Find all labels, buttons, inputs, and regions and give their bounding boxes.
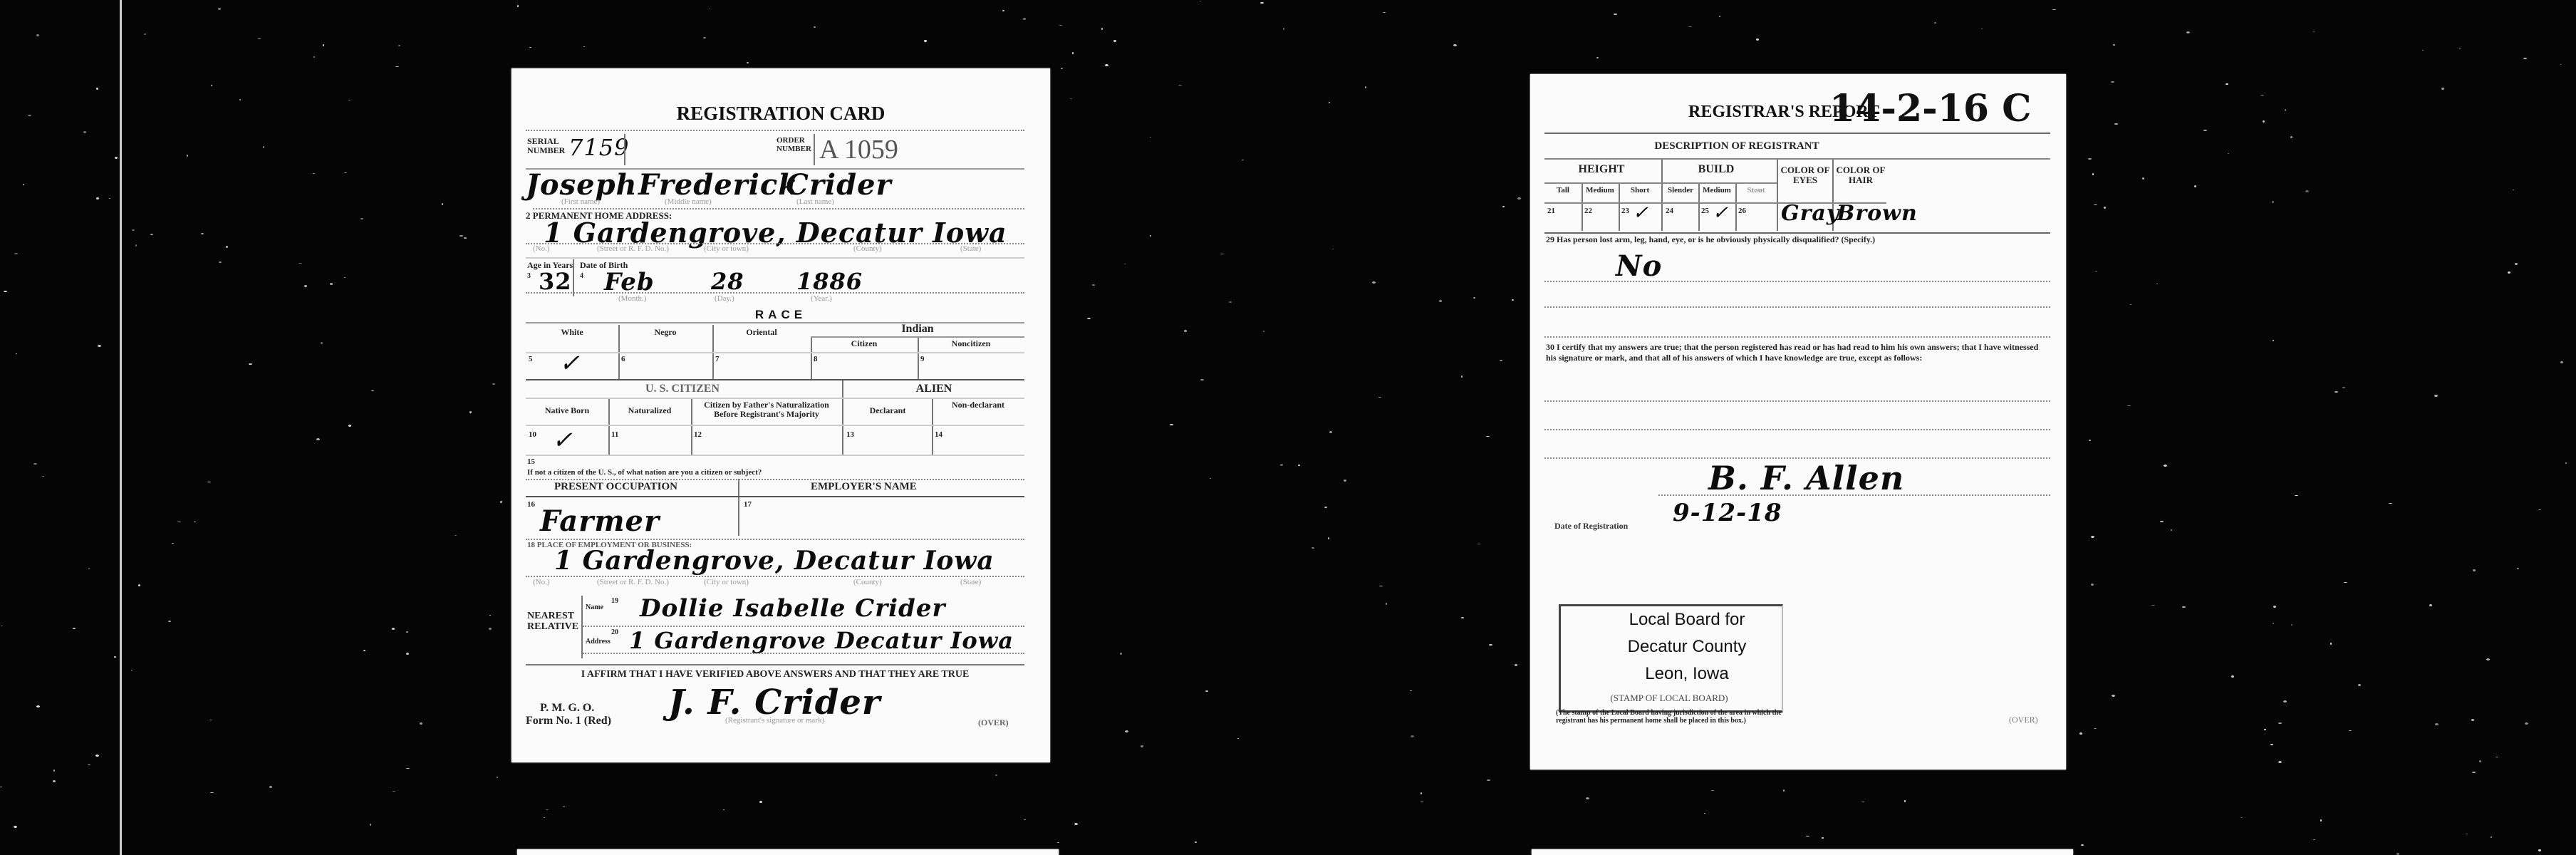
affirmation-text: I AFFIRM THAT I HAVE VERIFIED ABOVE ANSW… (526, 670, 1024, 680)
dust-speck (2114, 123, 2118, 125)
race-column-number: 8 (814, 355, 818, 363)
registrant-middle-name: Frederick (638, 168, 799, 202)
dust-speck (1329, 102, 1330, 103)
stamp-line-1: Local Board for (1573, 610, 1801, 630)
dust-speck (2127, 405, 2131, 406)
film-scratch-line (120, 0, 122, 855)
dust-speck (2278, 761, 2282, 763)
dust-speck (1379, 586, 1383, 586)
dust-speck (393, 791, 395, 792)
dust-speck (239, 99, 241, 100)
dust-speck (1229, 301, 1232, 303)
dust-speck (2472, 772, 2476, 773)
dob-day: 28 (711, 268, 744, 295)
dust-speck (1711, 790, 1714, 791)
dust-speck (459, 235, 463, 237)
citizenship-column-label: Naturalized (608, 406, 691, 415)
date-of-registration-label: Date of Registration (1554, 522, 1628, 531)
dust-speck (2081, 844, 2084, 846)
dust-speck (455, 535, 457, 536)
dust-speck (96, 88, 98, 90)
citizenship-column-number: 11 (611, 430, 618, 439)
stamp-caption: (STAMP OF LOCAL BOARD) (1559, 693, 1780, 704)
race-column-label: Negro (618, 328, 712, 337)
dust-speck (2473, 569, 2476, 571)
divider (526, 257, 1024, 259)
dust-speck (2079, 732, 2082, 735)
divider (1698, 184, 1700, 231)
eye-color-heading: COLOR OF EYES (1778, 165, 1832, 185)
dust-speck (298, 263, 302, 264)
dust-speck (1489, 644, 1492, 646)
dust-speck (2260, 95, 2264, 95)
dust-speck (370, 824, 371, 826)
dust-speck (0, 787, 2, 787)
dust-speck (348, 425, 351, 427)
citizenship-column-number: 10 (529, 430, 536, 439)
description-column-label: Short (1619, 187, 1661, 195)
address-caption: (State) (960, 579, 981, 587)
divider (691, 398, 692, 455)
address-caption: (Street or R. F. D. No.) (597, 579, 669, 587)
order-number-value: A 1059 (819, 134, 898, 165)
dust-speck (500, 501, 502, 503)
dust-speck (16, 353, 17, 354)
address-caption: (County) (853, 579, 882, 587)
dust-speck (1704, 813, 1705, 814)
dust-speck (2273, 340, 2274, 341)
address-caption: (No.) (533, 579, 550, 587)
serial-number-value: 7159 (568, 134, 629, 161)
dust-speck (563, 806, 565, 807)
dust-speck (323, 44, 324, 46)
divider (1544, 158, 2050, 160)
dust-speck (1981, 28, 1983, 29)
back-over-label: (OVER) (2009, 715, 2038, 725)
divider (1544, 306, 2050, 308)
dust-speck (36, 705, 40, 708)
citizenship-column-number: 13 (846, 430, 854, 439)
dust-speck (2094, 204, 2097, 205)
dust-speck (1487, 779, 1490, 781)
citizenship-column-label: Declarant (843, 406, 932, 415)
divider (526, 496, 1024, 497)
dust-speck (194, 522, 196, 522)
build-heading: BUILD (1663, 164, 1770, 176)
dust-speck (144, 33, 146, 35)
dust-speck (2186, 31, 2190, 33)
address-caption: (City or town) (704, 245, 749, 254)
dust-speck (313, 173, 315, 174)
divider (533, 208, 1024, 209)
place-of-employment-value: 1 Gardengrove, Decatur Iowa (554, 546, 994, 576)
dust-speck (1421, 792, 1422, 794)
dust-speck (207, 482, 211, 482)
dust-speck (2264, 729, 2266, 730)
dust-speck (2422, 50, 2424, 51)
dust-speck (1092, 284, 1095, 286)
dust-speck (258, 38, 261, 39)
divider (932, 398, 933, 455)
dust-speck (1087, 318, 1091, 319)
dust-speck (1502, 206, 1505, 207)
dust-speck (14, 253, 18, 254)
citizenship-column-label: Citizen by Father's Naturalization Befor… (691, 400, 842, 418)
dust-speck (2142, 177, 2144, 180)
dust-speck (2272, 201, 2274, 203)
next-frame-edge-right (1532, 849, 2073, 855)
form-line-pmgo: P. M. G. O. (540, 703, 594, 715)
dust-speck (1059, 25, 1062, 26)
dust-speck (1372, 281, 1376, 284)
front-over-label: (OVER) (978, 718, 1009, 727)
dust-speck (583, 46, 585, 47)
dust-speck (73, 628, 76, 629)
dust-speck (135, 244, 137, 247)
description-column-number: 25 (1701, 207, 1709, 215)
dust-speck (1719, 16, 1720, 17)
form-number: Form No. 1 (Red) (526, 715, 611, 727)
divider (1544, 133, 2050, 134)
dust-speck (114, 656, 116, 658)
dust-speck (2334, 391, 2338, 393)
dust-speck (201, 233, 204, 234)
dust-speck (1332, 249, 1334, 249)
dust-speck (2130, 304, 2131, 305)
dust-speck (529, 47, 531, 48)
dust-speck (2089, 440, 2091, 441)
divider (624, 134, 625, 165)
dust-speck (1439, 300, 1442, 302)
registration-card-back: REGISTRAR'S REPORT 14-2-16 C DESCRIPTION… (1530, 74, 2066, 769)
address-caption: (City or town) (704, 579, 749, 587)
description-column-number: 24 (1666, 207, 1673, 215)
divider (1582, 184, 1583, 231)
dust-speck (321, 342, 323, 344)
divider (526, 398, 1024, 399)
description-heading: DESCRIPTION OF REGISTRANT (1587, 141, 1886, 152)
description-column-label: Slender (1663, 187, 1698, 195)
dust-speck (1688, 26, 1692, 27)
race-column-number: 9 (920, 355, 925, 363)
dust-speck (2240, 817, 2243, 818)
dust-speck (2226, 83, 2228, 85)
dust-speck (814, 26, 816, 28)
stamp-instruction-note: (The stamp of the Local Board having jur… (1556, 710, 1791, 725)
dust-speck (263, 146, 264, 148)
description-column-label: Medium (1582, 187, 1619, 195)
divider (1544, 400, 2050, 402)
dust-speck (1756, 38, 1759, 41)
divider (1777, 160, 1778, 231)
dust-speck (219, 261, 222, 263)
q30-certification-text: 30 I certify that my answers are true; t… (1546, 342, 2047, 363)
description-column-number: 23 (1621, 207, 1629, 215)
dust-speck (517, 5, 519, 7)
race-column-label: White (526, 328, 618, 337)
dust-speck (924, 40, 927, 42)
dust-speck (1328, 537, 1329, 539)
address-caption: (No.) (533, 245, 550, 254)
dust-speck (187, 155, 188, 157)
race-column-label: Citizen (811, 339, 918, 348)
dust-speck (2285, 109, 2286, 111)
divider (526, 130, 1024, 131)
dust-speck (1383, 12, 1386, 13)
dust-speck (2560, 361, 2563, 363)
occupation-value: Farmer (540, 504, 660, 538)
dust-speck (546, 809, 549, 810)
dust-speck (1861, 802, 1864, 802)
dust-speck (1329, 431, 1332, 433)
divider (918, 338, 919, 379)
dust-speck (2088, 158, 2092, 160)
dust-speck (1586, 797, 1589, 799)
dust-speck (1023, 18, 1026, 20)
dust-speck (1386, 603, 1387, 605)
dust-speck (2203, 130, 2207, 131)
citizenship-column-label: Native Born (526, 406, 608, 415)
divider (526, 292, 1024, 294)
dust-speck (1124, 264, 1126, 264)
dust-speck (4, 291, 7, 292)
dust-speck (406, 653, 409, 655)
divider (526, 455, 1024, 456)
dust-speck (2305, 190, 2309, 192)
divider (842, 380, 843, 455)
dust-speck (83, 131, 86, 133)
divider (738, 479, 739, 536)
dust-speck (1298, 465, 1300, 466)
dust-speck (2389, 503, 2392, 504)
first-name-caption: (First name) (561, 198, 600, 207)
hair-color-value: Brown (1837, 201, 1918, 226)
dust-speck (316, 438, 320, 440)
dust-speck (363, 650, 365, 651)
dust-speck (2052, 9, 2056, 10)
dust-speck (1461, 617, 1464, 618)
dust-speck (1461, 375, 1463, 378)
dust-speck (1324, 507, 1327, 508)
order-number-label: ORDER NUMBER (777, 137, 812, 153)
dust-speck (138, 584, 140, 586)
dust-speck (747, 62, 749, 63)
dob-year: 1886 (796, 268, 863, 295)
check-mark-icon: ✓ (1631, 202, 1653, 224)
dust-speck (2182, 606, 2186, 608)
dust-speck (2466, 834, 2468, 834)
race-column-number: 6 (621, 355, 625, 363)
citizenship-column-number: 12 (694, 430, 702, 439)
indian-heading: Indian (811, 323, 1024, 336)
dust-speck (168, 621, 171, 622)
dust-speck (42, 476, 44, 477)
dust-speck (2290, 136, 2292, 138)
divider (608, 398, 610, 455)
dust-speck (2560, 64, 2562, 65)
dust-speck (1260, 2, 1264, 4)
divider (526, 479, 1024, 480)
dust-speck (2491, 836, 2492, 838)
dust-speck (1205, 690, 1208, 692)
q16-number: 16 (527, 500, 535, 509)
dust-speck (1934, 22, 1936, 24)
dust-speck (2495, 757, 2498, 757)
dust-speck (1120, 653, 1122, 655)
dust-speck (53, 769, 55, 772)
dust-speck (1101, 28, 1103, 30)
divider (526, 576, 1024, 577)
description-column-label: Medium (1698, 187, 1735, 195)
dust-speck (2291, 624, 2292, 626)
dust-speck (1242, 160, 1244, 160)
check-mark-icon: ✓ (551, 426, 578, 455)
next-frame-edge-left (517, 849, 1059, 855)
dust-speck (1125, 730, 1128, 732)
dust-speck (360, 218, 363, 219)
signature-caption: (Registrant's signature or mark) (725, 717, 824, 725)
dust-speck (2525, 722, 2528, 725)
dust-speck (249, 363, 252, 365)
dust-speck (395, 66, 399, 67)
dust-speck (2486, 658, 2490, 660)
dust-speck (1283, 28, 1284, 30)
dust-speck (1515, 664, 1517, 666)
dust-speck (131, 670, 133, 670)
relative-address-label: Address (586, 638, 611, 646)
dust-speck (313, 56, 315, 58)
dust-speck (406, 631, 408, 633)
dust-speck (1453, 44, 1457, 46)
date-of-registration-value: 9-12-18 (1673, 499, 1782, 527)
dust-speck (2330, 643, 2332, 645)
dust-speck (995, 774, 997, 776)
dust-speck (1411, 735, 1414, 737)
divider (526, 379, 1024, 380)
description-column-label: Tall (1544, 187, 1582, 195)
dob-month-caption: (Month.) (618, 295, 646, 304)
relative-address-value: 1 Gardengrove Decatur Iowa (629, 627, 1014, 654)
dust-speck (2111, 81, 2114, 83)
dust-speck (1237, 738, 1239, 739)
dust-speck (2441, 88, 2444, 90)
race-column-number: 7 (715, 355, 720, 363)
dust-speck (177, 522, 181, 522)
dust-speck (2313, 839, 2315, 840)
dust-speck (2171, 529, 2172, 531)
dust-speck (2194, 185, 2196, 187)
dust-speck (1057, 842, 1059, 843)
address-caption: (Street or R. F. D. No.) (597, 245, 669, 254)
dust-speck (469, 411, 472, 413)
citizenship-column-label: Non-declarant (932, 400, 1024, 410)
q4-number: 4 (580, 272, 583, 280)
dust-speck (709, 9, 710, 9)
dust-speck (1105, 64, 1108, 66)
height-heading: HEIGHT (1544, 164, 1658, 176)
dust-speck (109, 198, 110, 199)
registration-card-front: REGISTRATION CARD SERIAL NUMBER 7159 ORD… (511, 68, 1050, 762)
dust-speck (1822, 837, 1824, 839)
dust-speck (2283, 700, 2287, 703)
dust-speck (1904, 800, 1906, 802)
address-caption: (State) (960, 245, 981, 254)
dust-speck (132, 229, 135, 231)
race-heading: RACE (511, 308, 1050, 322)
dust-speck (2295, 495, 2298, 496)
dust-speck (2270, 744, 2273, 745)
eye-color-value: Gray (1781, 201, 1839, 226)
dust-speck (2471, 719, 2474, 721)
dust-speck (28, 115, 31, 116)
dust-speck (2092, 173, 2094, 175)
dust-speck (96, 197, 99, 199)
dust-speck (2094, 728, 2097, 729)
q17-number: 17 (744, 500, 752, 509)
divider (581, 596, 583, 658)
description-column-number: 26 (1738, 207, 1746, 215)
divider (1544, 232, 2050, 234)
dust-speck (703, 37, 706, 38)
divider (1544, 182, 1777, 184)
dust-speck (1596, 57, 1599, 58)
dust-speck (489, 615, 491, 616)
dust-speck (2513, 190, 2514, 190)
dust-speck (344, 277, 346, 278)
divider (573, 259, 574, 296)
dust-speck (2263, 120, 2265, 123)
dust-speck (2342, 387, 2345, 388)
dust-speck (150, 234, 153, 235)
dust-speck (1500, 360, 1502, 361)
dust-speck (218, 8, 221, 10)
dust-speck (1200, 1, 1201, 1)
dust-speck (2095, 271, 2097, 272)
dust-speck (759, 801, 762, 803)
dust-speck (33, 463, 37, 465)
dust-speck (1473, 297, 1475, 299)
dust-speck (1072, 52, 1074, 54)
divider (526, 425, 1024, 426)
dust-speck (2508, 271, 2510, 274)
dust-speck (226, 246, 228, 248)
dust-speck (2344, 582, 2347, 583)
dust-speck (348, 100, 350, 100)
q20-number: 20 (611, 628, 618, 636)
check-mark-icon: ✓ (1711, 202, 1733, 224)
dust-speck (2160, 521, 2164, 522)
divider (1661, 160, 1663, 231)
registrant-first-name: Joseph (526, 168, 638, 202)
dust-speck (1, 626, 3, 626)
divider (526, 352, 1024, 353)
dust-speck (1170, 424, 1173, 425)
dust-speck (53, 780, 56, 782)
dust-speck (115, 157, 118, 159)
dust-speck (544, 817, 545, 818)
dust-speck (1614, 14, 1617, 15)
dust-speck (492, 383, 495, 385)
relative-name-label: Name (586, 604, 603, 612)
divider (583, 653, 1024, 654)
dust-speck (1150, 235, 1151, 237)
check-mark-icon: ✓ (558, 349, 586, 378)
dust-speck (1210, 478, 1211, 479)
dust-speck (723, 809, 724, 810)
front-title: REGISTRATION CARD (511, 103, 1050, 125)
q19-number: 19 (611, 597, 618, 605)
dust-speck (1486, 436, 1490, 437)
